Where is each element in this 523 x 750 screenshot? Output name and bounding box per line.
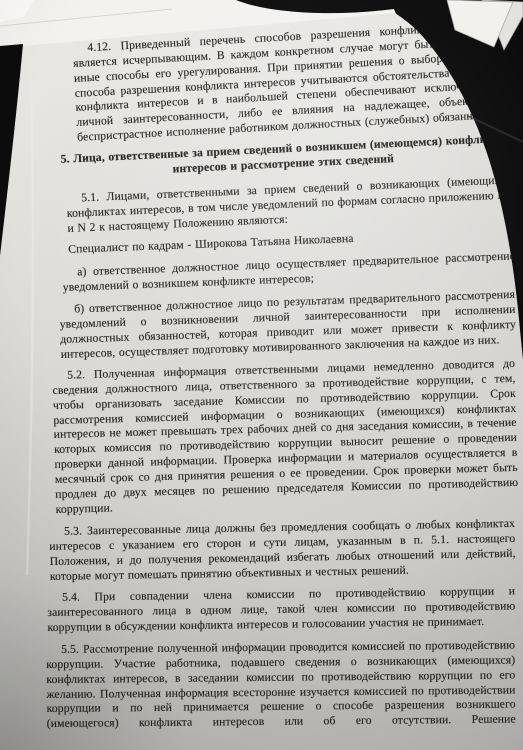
paragraph-5-5: 5.5. Рассмотрение полученной информации …	[46, 638, 516, 732]
list-item-b: б) ответственное должностное лицо по рез…	[59, 288, 517, 363]
paragraph-5-3: 5.3. Заинтересованные лица должны без пр…	[49, 517, 516, 585]
photographed-document: 4.12. Приведенный перечень способов разр…	[0, 0, 523, 750]
list-item-a: а) ответственное должностное лицо осущес…	[62, 250, 516, 296]
paragraph-5-4: 5.4. При совпадении члена комиссии по пр…	[47, 585, 516, 636]
document-text: 4.12. Приведенный перечень способов разр…	[0, 0, 523, 750]
paragraph-5-1: 5.1. Лицами, ответственными за прием све…	[66, 173, 516, 236]
paragraph-4-12: 4.12. Приведенный перечень способов разр…	[72, 18, 520, 146]
paragraph-5-2: 5.2. Полученная информация ответственным…	[52, 357, 519, 518]
